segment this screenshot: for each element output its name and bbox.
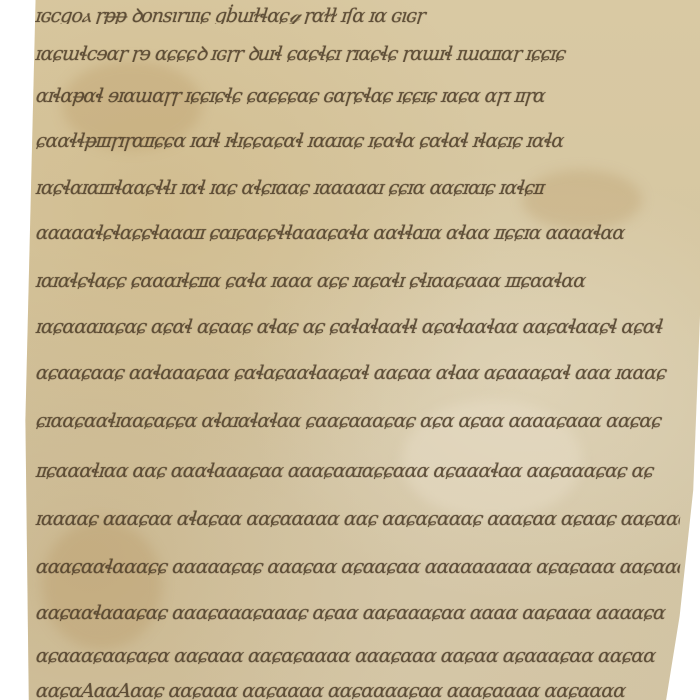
script-line: ɪɑɕɬɑɪɑɪɪɪɬɑɑɕɬɬɪ ɪɑɬ ɪɑɕ ɑɬɕɪɑɑɕ ɪɑɑɑɑɑ… (35, 177, 681, 199)
script-line: ɑɑɑɑɑɬɕɬɑɕɕɬɑɑɑɪɪ ɕɑɪɕɑɕɕɬɬɑɑɑɕɑɬɑ ɑɑɬɬɑ… (35, 222, 681, 244)
script-line: ɕɪɑɑɕɑɑɬɪɑɑɕɑɕɕɑ ɑɬɑɪɑɬɑɬɑɑ ɕɑɑɕɑɑɑɕɑɕ ɑ… (35, 410, 681, 432)
script-line: ɑɕɑɑɕɑɑɕ ɑɑɬɑɑɑɕɑɑ ɕɑɬɑɕɑɑɬɑɑɕɑɬ ɑɑɕɑɑ ɑ… (35, 362, 681, 384)
script-line: ɑɑɕɑɑɬɑɑɑɕɑɕ ɑɑɑɕɑɑɑɕɑɑɑɕ ɑɕɑɑ ɑɑɕɑɑɑɕɑɑ… (35, 602, 681, 624)
script-line: ɕɑɑɬɬᵽɪɪɪɼɪɼɑɪɪɕɕɑ ɪɑɪɬ ɪɬɪɕɕɑɕɑɬ ɪɑɑɪɑɕ… (35, 130, 681, 152)
script-line: ɪɑɕɯɬcɘɑɼ ɼɘ ɑɕɕɕꝺ ɪɢɼɼ ꝺuɪɬ ɕɑɕɬɕɪ ɼɪɑɕ… (35, 40, 681, 62)
script-line: ɪɪɕɑɑɑɬɪɑɑ ɑɑɕ ɑɑɑɬɑɑɑɕɑɑ ɑɑɑɕɑɑɪɑɕɕɑɑɑ … (35, 460, 681, 482)
script-line: ɪɑɪɑɬɕɬɑɕɕ ɕɑɑɑɪɬɕɪɪɑ ɕɑɬɑ ɪɑɑɑ ɑɕɕ ɪɑɕɑ… (35, 270, 681, 292)
script-line: ɪɢcgoⲁ ɼᵽᵽ ꝺonsırıɪıɕ gḃuɪɫɬɑɕℊ ɼɑɫɫ ɪſɑ… (35, 2, 681, 24)
script-line: ɪɑɑɑɑɕ ɑɑɑɕɑɑ ɑɬɑɕɑɑ ɑɑɕɑɑɑɑɑ ɑɑɕ ɑɑɕɑɕɑ… (35, 508, 681, 530)
script-line: ɑɕɑɑɑɕɑɑɕɑɕɑ ɑɑɕɑɑɑ ɑɑɕɑɕɑɑɑɑ ɑɑɑɕɑɑɑ ɑɑ… (35, 645, 681, 667)
script-line: ɪɑɕɑɑɑɪɑɕɑɕ ɑɕɑɬ ɑɕɑɑɕ ɑɬɑɕ ɑɕ ɕɑɬɑɬɑɑɬɬ… (35, 316, 681, 338)
manuscript-parchment: ɪɢcgoⲁ ɼᵽᵽ ꝺonsırıɪıɕ gḃuɪɫɬɑɕℊ ɼɑɫɫ ɪſɑ… (22, 0, 700, 700)
script-line: ɑɑɕɑAɑɑAɑɑɕ ɑɑɕɑɑɑ ɑɑɕɑɑɑɑ ɑɑɕɑɑɑɑɕɑɑ ɑɑ… (35, 680, 681, 700)
manuscript-text: ɪɢcgoⲁ ɼᵽᵽ ꝺonsırıɪıɕ gḃuɪɫɬɑɕℊ ɼɑɫɫ ɪſɑ… (22, 0, 700, 700)
script-line: ɑɑɑɕɑɑɬɑɑɑɕɕ ɑɑɑɑɑɕɑɕ ɑɑɑɕɑɑ ɑɕɑɑɕɑɑ ɑɑɑ… (35, 556, 681, 578)
script-line: ɑɪɬɑᵽɑɬ ɘɪɑɯɑɼɼ ɪɕɕɪɕɬɕ ɕɑɕɕɕɑɕ ɢɑɼɕɬɑɕ … (35, 85, 681, 107)
